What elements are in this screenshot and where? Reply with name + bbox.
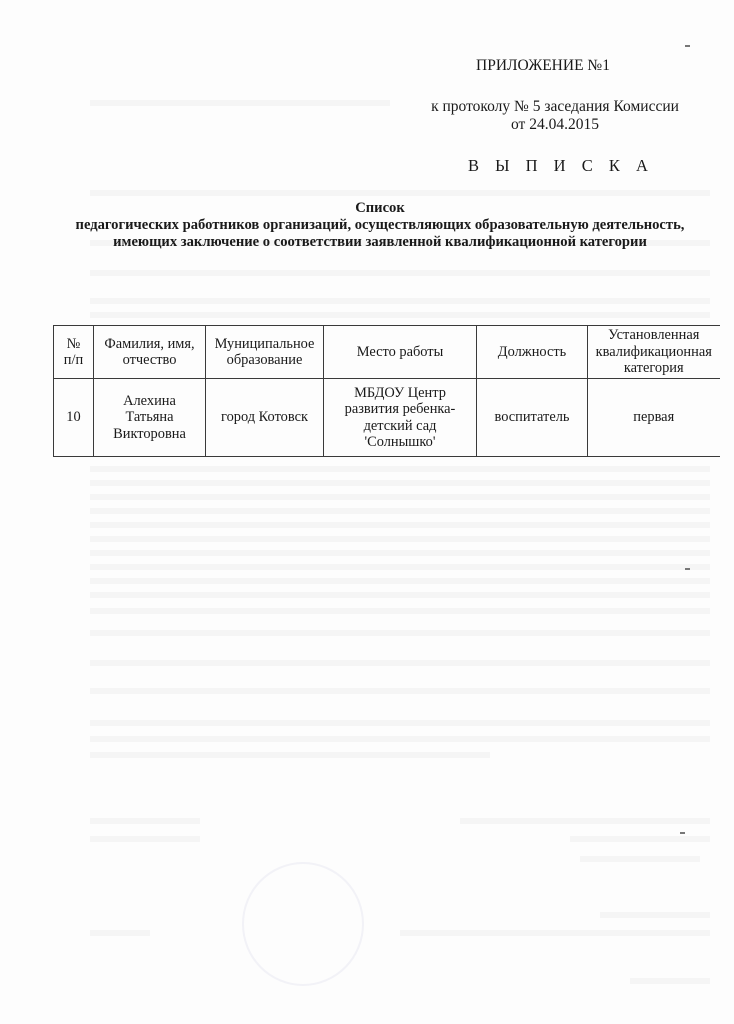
cell-position: воспитатель <box>477 379 588 457</box>
cell-number: 10 <box>54 379 94 457</box>
list-heading-subtitle-2: имеющих заключение о соответствии заявле… <box>40 234 720 251</box>
scan-speck <box>685 45 690 47</box>
list-heading: Список педагогических работников организ… <box>40 200 720 251</box>
document-page: ПРИЛОЖЕНИЕ №1 к протоколу № 5 заседания … <box>0 0 734 1024</box>
column-header-number: № п/п <box>54 326 94 379</box>
list-heading-subtitle-1: педагогических работников организаций, о… <box>40 217 720 234</box>
cell-full-name: Алехина Татьяна Викторовна <box>94 379 206 457</box>
table-header-row: № п/п Фамилия, имя, отчество Муниципальн… <box>54 326 720 379</box>
appendix-title: ПРИЛОЖЕНИЕ №1 <box>476 57 610 75</box>
column-header-category: Установленная квалификационная категория <box>588 326 720 379</box>
column-header-full-name: Фамилия, имя, отчество <box>94 326 206 379</box>
table-row: 10 Алехина Татьяна Викторовна город Кото… <box>54 379 720 457</box>
protocol-date: от 24.04.2015 <box>390 116 720 134</box>
list-heading-title: Список <box>40 200 720 217</box>
protocol-line: к протоколу № 5 заседания Комиссии <box>390 98 720 116</box>
column-header-position: Должность <box>477 326 588 379</box>
scan-speck <box>685 568 690 570</box>
protocol-reference: к протоколу № 5 заседания Комиссии от 24… <box>390 98 720 134</box>
cell-category: первая <box>588 379 720 457</box>
column-header-workplace: Место работы <box>324 326 477 379</box>
stamp-shadow <box>242 862 364 986</box>
cell-municipality: город Котовск <box>206 379 324 457</box>
staff-table: № п/п Фамилия, имя, отчество Муниципальн… <box>53 325 720 457</box>
scan-speck <box>680 832 685 834</box>
cell-workplace: МБДОУ Центр развития ребенка- детский са… <box>324 379 477 457</box>
column-header-municipality: Муниципальное образование <box>206 326 324 379</box>
extract-title: В Ы П И С К А <box>468 156 654 176</box>
